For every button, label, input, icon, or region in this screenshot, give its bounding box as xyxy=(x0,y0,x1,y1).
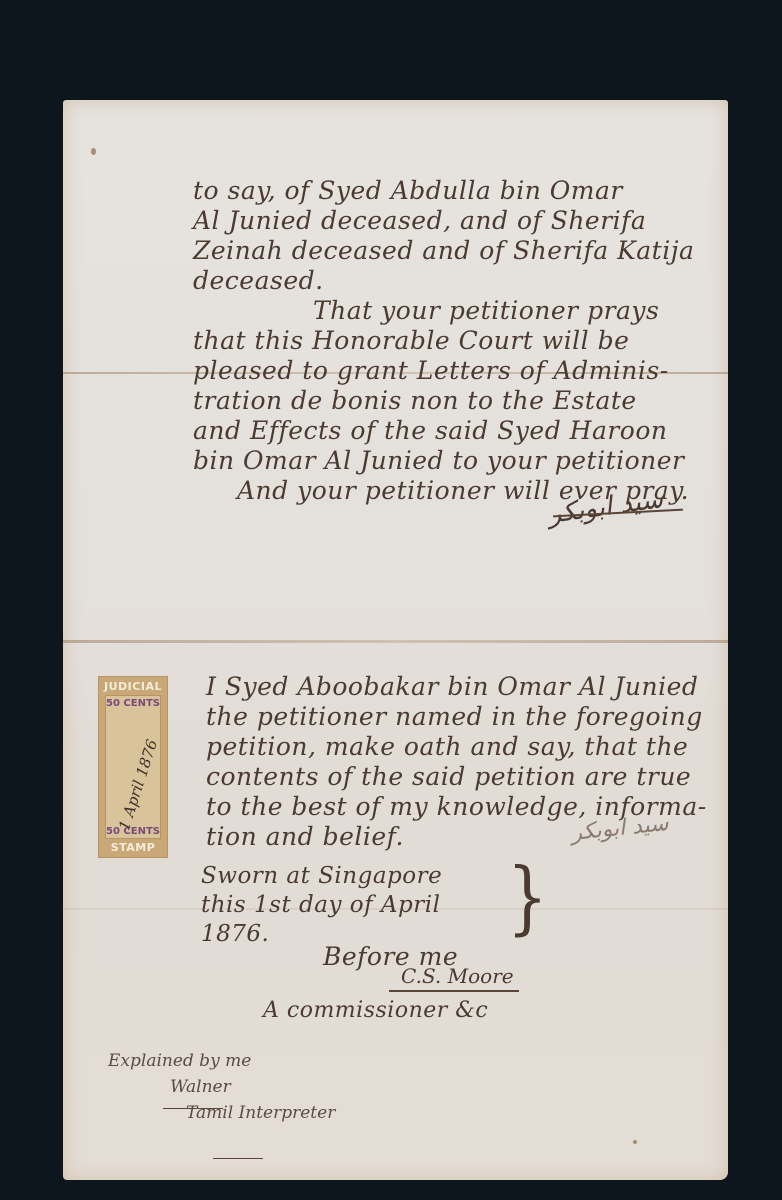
stamp-value-top: 50 CENTS xyxy=(99,698,167,709)
judicial-stamp: JUDICIAL 50 CENTS 50 CENTS 1 April 1876 … xyxy=(98,676,168,858)
commissioner-signature: C.S. Moore xyxy=(401,964,514,988)
petition-line: Al Junied deceased, and of Sherifa xyxy=(193,206,694,236)
petition-line: Zeinah deceased and of Sherifa Katija xyxy=(193,236,694,266)
jurat-line: this 1st day of April xyxy=(201,891,442,920)
affidavit-line: contents of the said petition are true xyxy=(206,762,707,792)
petition-line: to say, of Syed Abdulla bin Omar xyxy=(193,176,694,206)
petition-line: and Effects of the said Syed Haroon xyxy=(193,416,694,446)
note-line: Walner xyxy=(108,1074,335,1100)
document-page: to say, of Syed Abdulla bin Omar Al Juni… xyxy=(63,100,728,1180)
note-line: Explained by me xyxy=(108,1048,335,1074)
stamp-bottom-label: STAMP xyxy=(99,841,167,854)
petition-line: pleased to grant Letters of Adminis- xyxy=(193,356,694,386)
petition-line: bin Omar Al Junied to your petitioner xyxy=(193,446,694,476)
affidavit-line: the petitioner named in the foregoing xyxy=(206,702,707,732)
note-line: Tamil Interpreter xyxy=(108,1100,335,1126)
jurat: Sworn at Singapore this 1st day of April… xyxy=(201,862,442,949)
affidavit-line: petition, make oath and say, that the xyxy=(206,732,707,762)
ink-spot xyxy=(91,148,96,155)
petition-text: to say, of Syed Abdulla bin Omar Al Juni… xyxy=(193,176,694,506)
note-underline xyxy=(213,1158,263,1159)
stamp-top-label: JUDICIAL xyxy=(99,680,167,693)
affidavit-line: I Syed Aboobakar bin Omar Al Junied xyxy=(206,672,707,702)
signature-underline xyxy=(389,990,519,992)
ink-spot xyxy=(633,1140,637,1144)
note-underline xyxy=(163,1108,223,1109)
petition-line: deceased. xyxy=(193,266,694,296)
jurat-line: Sworn at Singapore xyxy=(201,862,442,891)
interpreter-note: Explained by me Walner Tamil Interpreter xyxy=(108,1048,335,1126)
petition-line: that this Honorable Court will be xyxy=(193,326,694,356)
petition-line: That your petitioner prays xyxy=(193,296,694,326)
fold-line xyxy=(63,640,728,643)
jurat-brace: } xyxy=(507,858,548,938)
commissioner-title: A commissioner &c xyxy=(263,996,488,1026)
petition-line: tration de bonis non to the Estate xyxy=(193,386,694,416)
